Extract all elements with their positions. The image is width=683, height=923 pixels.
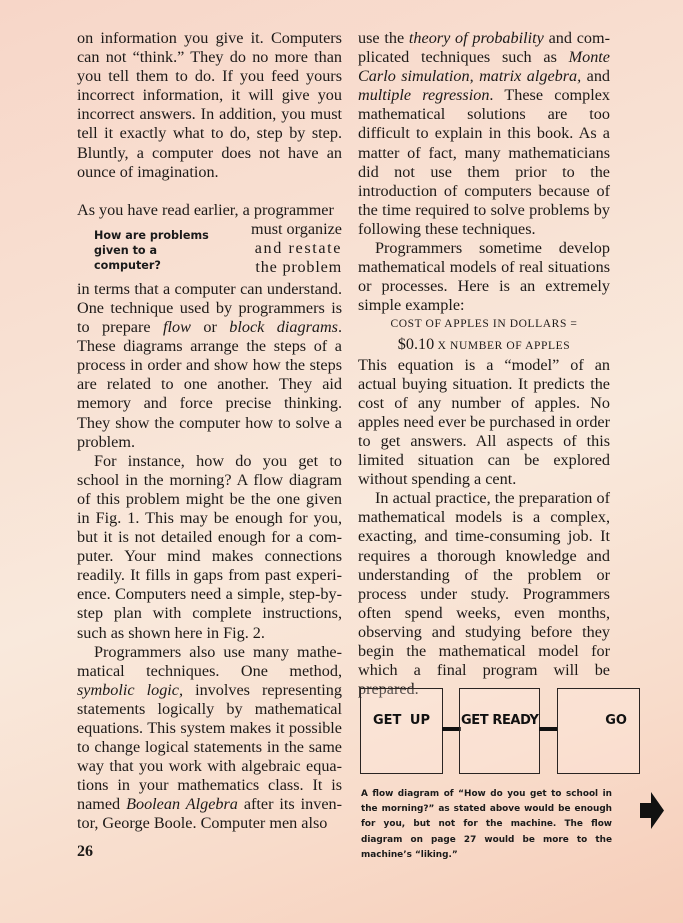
paragraph: In actual practice, the preparation of m… — [358, 489, 610, 699]
flow-connector — [539, 727, 558, 731]
flow-diagram: GET UP GET READY GO — [360, 688, 642, 776]
paragraph: For instance, how do you get to school i… — [77, 452, 342, 643]
paragraph: Programmers sometime develop mathematica… — [358, 239, 610, 315]
flow-box-get-ready: GET READY — [459, 688, 540, 774]
side-heading-block: How are problems given to a computer? mu… — [77, 220, 342, 277]
figure-caption: A flow diagram of “How do you get to sch… — [361, 787, 612, 863]
left-column: on information you give it. Computers ca… — [77, 29, 342, 834]
paragraph: Programmers also use many mathe­matical … — [77, 643, 342, 834]
paragraph: on information you give it. Computers ca… — [77, 29, 342, 182]
flow-box-get-up: GET UP — [360, 688, 443, 774]
right-column: use the theory of probability and com­pl… — [358, 29, 610, 699]
paragraph: in terms that a computer can under­stand… — [77, 280, 342, 452]
equation: COST OF APPLES IN DOLLARS = $0.10 X NUMB… — [358, 315, 610, 355]
right-arrow-icon — [640, 792, 664, 829]
side-heading: How are problems given to a computer? — [77, 220, 227, 280]
flow-box-go: GO — [557, 688, 640, 774]
paragraph: This equation is a “model” of an actual … — [358, 356, 610, 490]
paragraph: use the theory of probability and com­pl… — [358, 29, 610, 239]
page-number: 26 — [77, 843, 93, 861]
paragraph: As you have read earlier, a programmer — [77, 201, 342, 220]
